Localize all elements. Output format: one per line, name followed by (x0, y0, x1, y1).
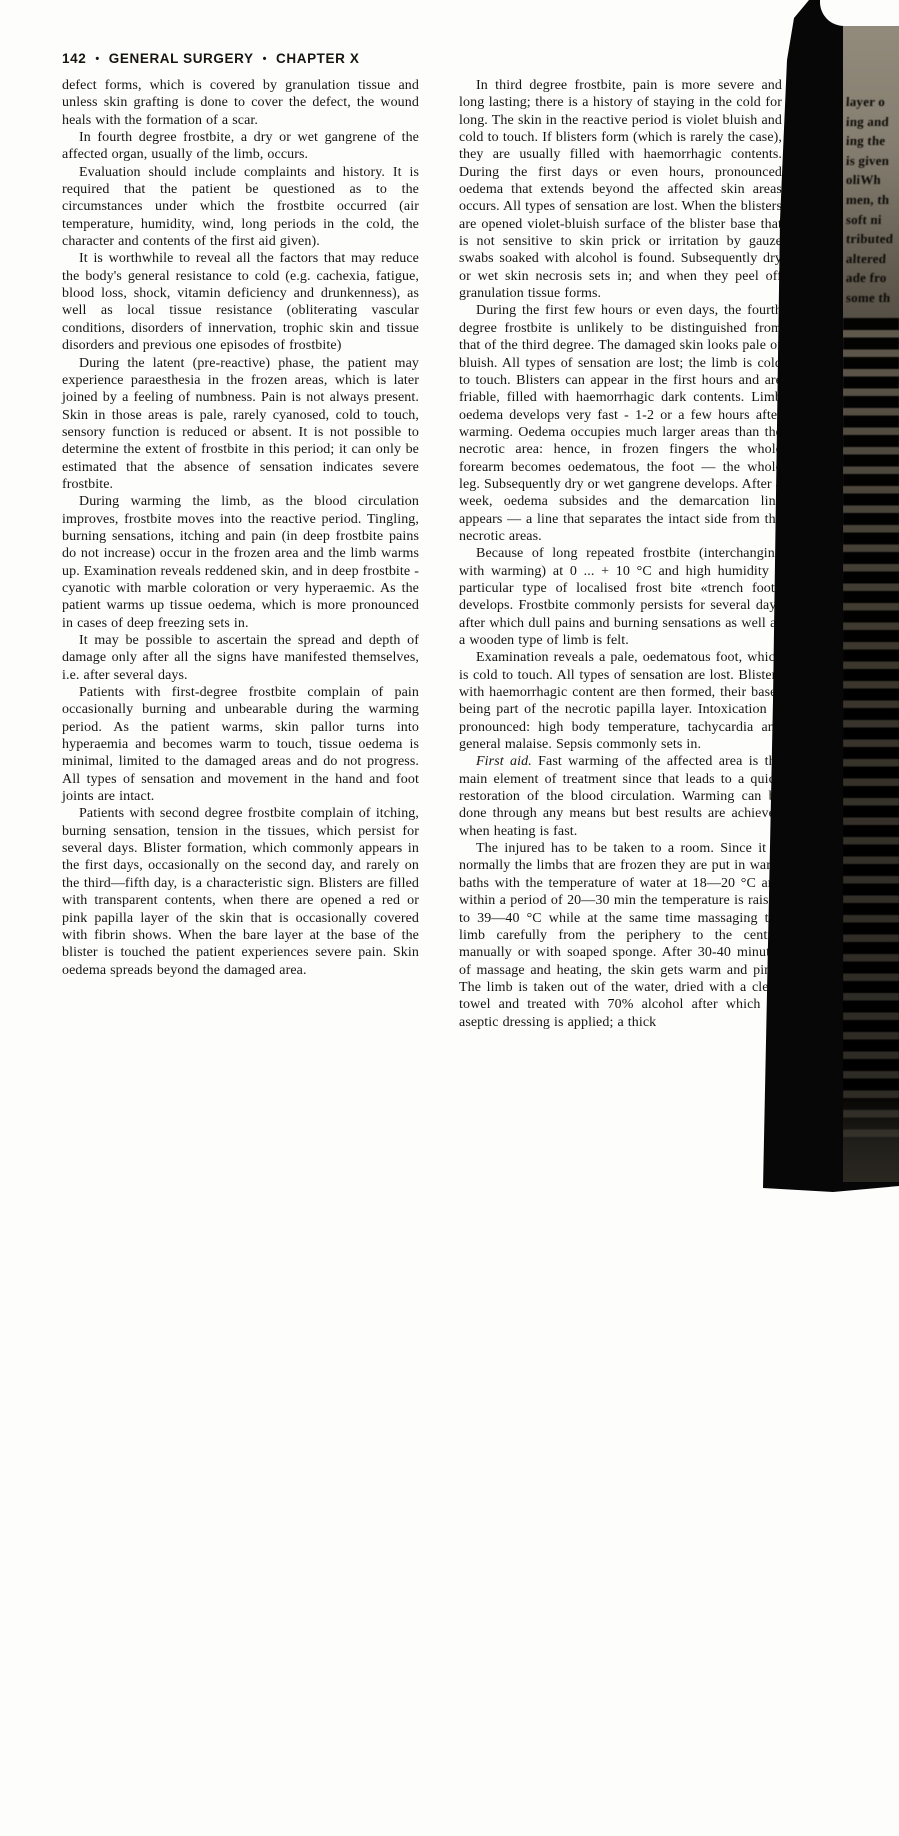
paragraph: During the latent (pre-reactive) phase, … (62, 355, 419, 494)
facing-page-fragment: oliWh (845, 170, 899, 190)
facing-page-fragment: some th (845, 288, 899, 308)
right-column: In third degree frostbite, pain is more … (459, 77, 782, 1031)
facing-page-fragment: ing the (845, 131, 899, 151)
text-columns: defect forms, which is covered by granul… (62, 77, 782, 1031)
page-header: 142•GENERAL SURGERY•CHAPTER X (62, 51, 622, 66)
facing-page-fragment: ing and (845, 112, 899, 132)
paragraph-first-aid: First aid. Fast warming of the affected … (459, 753, 782, 840)
paragraph: Because of long repeated frostbite (inte… (459, 545, 782, 649)
facing-page-fragment: layer o (845, 92, 899, 112)
paragraph: The injured has to be taken to a room. S… (459, 840, 782, 1031)
paragraph: Examination reveals a pale, oedematous f… (459, 649, 782, 753)
header-separator-dot: • (86, 53, 108, 65)
paragraph: It may be possible to ascertain the spre… (62, 632, 419, 684)
facing-page-fragment: tributed (845, 229, 899, 249)
book-title: GENERAL SURGERY (109, 51, 254, 66)
paragraph: In fourth degree frostbite, a dry or wet… (62, 129, 419, 164)
facing-page-edge: layer o ing and ing the is given oliWh m… (843, 26, 899, 1182)
facing-page-fragment: is given (845, 151, 899, 171)
facing-page-fragment: soft ni (845, 210, 899, 230)
paragraph: Evaluation should include complaints and… (62, 164, 419, 251)
facing-page-text-fragments: layer o ing and ing the is given oliWh m… (846, 92, 899, 308)
facing-page-fragment: ade fro (845, 268, 899, 288)
paragraph: During the first few hours or even days,… (459, 302, 782, 545)
facing-page-smudged-lines (843, 318, 899, 1148)
chapter-title: CHAPTER X (276, 51, 359, 66)
paragraph: Patients with first-degree frostbite com… (62, 684, 419, 805)
paragraph: In third degree frostbite, pain is more … (459, 77, 782, 302)
paragraph: During warming the limb, as the blood ci… (62, 493, 419, 632)
first-aid-lead: First aid. (476, 754, 532, 769)
left-column: defect forms, which is covered by granul… (62, 77, 419, 1031)
facing-page-fragment: altered (845, 249, 899, 269)
paragraph: Patients with second degree frostbite co… (62, 805, 419, 978)
facing-page-fragment: men, th (845, 190, 899, 210)
page-number: 142 (62, 51, 86, 66)
header-separator-dot: • (254, 53, 276, 65)
facing-page-corner-white (820, 0, 899, 26)
paragraph: defect forms, which is covered by granul… (62, 77, 419, 129)
facing-page-smudge-fade (843, 1086, 899, 1182)
paragraph: It is worthwhile to reveal all the facto… (62, 250, 419, 354)
